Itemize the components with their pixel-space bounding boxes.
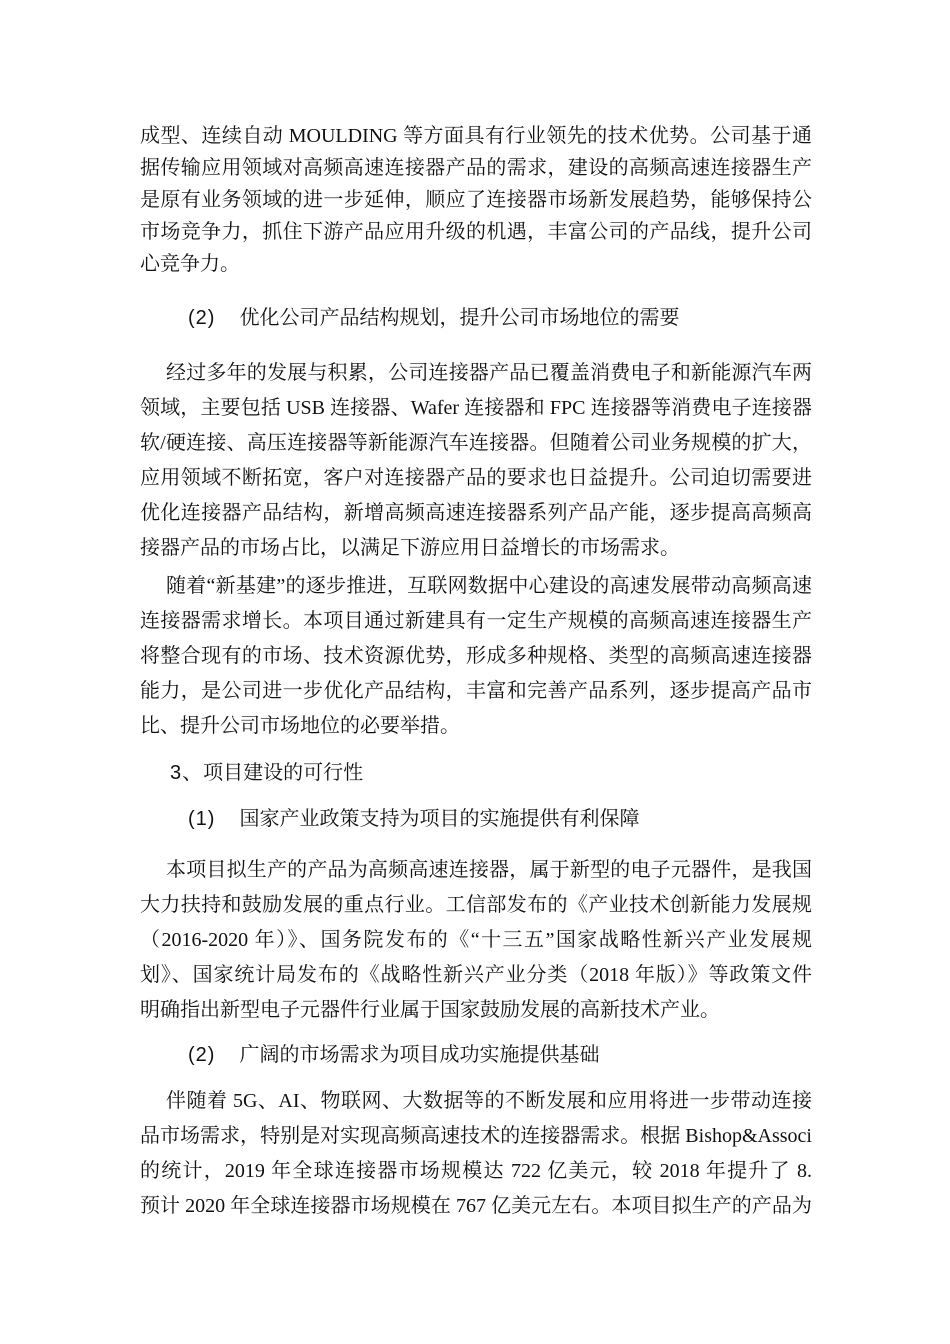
paragraph-line: 本项目拟生产的产品为高频高速连接器，属于新型的电子元器件，是我国 xyxy=(140,853,812,888)
paragraph: 经过多年的发展与积累，公司连接器产品已覆盖消费电子和新能源汽车两大 领域，主要包… xyxy=(140,356,812,566)
paragraph-line: 将整合现有的市场、技术资源优势，形成多种规格、类型的高频高速连接器生产 xyxy=(140,639,812,674)
paragraph-line: 随着“新基建”的逐步推进，互联网数据中心建设的高速发展带动高频高速 xyxy=(140,569,812,604)
paragraph-line: 伴随着 5G、AI、物联网、大数据等的不断发展和应用将进一步带动连接器产 xyxy=(140,1084,812,1119)
paragraph-line: 是原有业务领域的进一步延伸，顺应了连接器市场新发展趋势，能够保持公司的 xyxy=(140,184,812,216)
paragraph-line: 心竞争力。 xyxy=(140,248,812,280)
paragraph-line: 的统计，2019 年全球连接器市场规模达 722 亿美元，较 2018 年提升了… xyxy=(140,1154,812,1189)
heading-text: 优化公司产品结构规划，提升公司市场地位的需要 xyxy=(239,307,679,329)
paragraph: 本项目拟生产的产品为高频高速连接器，属于新型的电子元器件，是我国 大力扶持和鼓励… xyxy=(140,853,812,1028)
paragraph-line: 成型、连续自动 MOULDING 等方面具有行业领先的技术优势。公司基于通信及数 xyxy=(140,120,812,152)
heading-number: (1) xyxy=(188,808,215,830)
section-heading: (2)广阔的市场需求为项目成功实施提供基础 xyxy=(140,1043,860,1067)
paragraph-line: 市场竞争力，抓住下游产品应用升级的机遇，丰富公司的产品线，提升公司的核 xyxy=(140,216,812,248)
heading-number: (2) xyxy=(188,307,215,329)
paragraph-line: （2016-2020 年）》、国务院发布的《“十三五”国家战略性新兴产业发展规 xyxy=(140,923,812,958)
paragraph-line: 划》、国家统计局发布的《战略性新兴产业分类（2018 年版）》等政策文件中， xyxy=(140,958,812,993)
heading-text: 项目建设的可行性 xyxy=(203,762,363,784)
paragraph-line: 应用领域不断拓宽，客户对连接器产品的要求也日益提升。公司迫切需要进一步 xyxy=(140,461,812,496)
paragraph: 伴随着 5G、AI、物联网、大数据等的不断发展和应用将进一步带动连接器产 品市场… xyxy=(140,1084,812,1224)
paragraph-line: 大力扶持和鼓励发展的重点行业。工信部发布的《产业技术创新能力发展规划 xyxy=(140,888,812,923)
section-heading: (1)国家产业政策支持为项目的实施提供有利保障 xyxy=(140,807,860,831)
paragraph-line: 明确指出新型电子元器件行业属于国家鼓励发展的高新技术产业。 xyxy=(140,993,812,1028)
section-heading: 3、项目建设的可行性 xyxy=(140,761,842,785)
paragraph-line: 接器产品的市场占比，以满足下游应用日益增长的市场需求。 xyxy=(140,531,812,566)
paragraph-line: 据传输应用领域对高频高速连接器产品的需求，建设的高频高速连接器生产线， xyxy=(140,152,812,184)
paragraph-line: 品市场需求，特别是对实现高频高速技术的连接器需求。根据 Bishop&Assoc… xyxy=(140,1119,812,1154)
paragraph-line: 领域，主要包括 USB 连接器、Wafer 连接器和 FPC 连接器等消费电子连… xyxy=(140,391,812,426)
heading-text: 国家产业政策支持为项目的实施提供有利保障 xyxy=(239,808,639,830)
heading-number: 3、 xyxy=(170,762,203,784)
paragraph-line: 连接器需求增长。本项目通过新建具有一定生产规模的高频高速连接器生产厂房， xyxy=(140,604,812,639)
section-heading: (2)优化公司产品结构规划，提升公司市场地位的需要 xyxy=(140,306,860,330)
paragraph-line: 预计 2020 年全球连接器市场规模在 767 亿美元左右。本项目拟生产的产品为… xyxy=(140,1189,812,1224)
document-page: 成型、连续自动 MOULDING 等方面具有行业领先的技术优势。公司基于通信及数… xyxy=(0,0,950,1344)
paragraph-line: 优化连接器产品结构，新增高频高速连接器系列产品产能，逐步提高高频高速连 xyxy=(140,496,812,531)
paragraph: 随着“新基建”的逐步推进，互联网数据中心建设的高速发展带动高频高速 连接器需求增… xyxy=(140,569,812,744)
paragraph-line: 比、提升公司市场地位的必要举措。 xyxy=(140,709,812,744)
paragraph-line: 软/硬连接、高压连接器等新能源汽车连接器。但随着公司业务规模的扩大，产品 xyxy=(140,426,812,461)
heading-text: 广阔的市场需求为项目成功实施提供基础 xyxy=(239,1044,599,1066)
paragraph: 成型、连续自动 MOULDING 等方面具有行业领先的技术优势。公司基于通信及数… xyxy=(140,120,812,280)
paragraph-line: 能力，是公司进一步优化产品结构，丰富和完善产品系列，逐步提高产品市场占 xyxy=(140,674,812,709)
heading-number: (2) xyxy=(188,1044,215,1066)
paragraph-line: 经过多年的发展与积累，公司连接器产品已覆盖消费电子和新能源汽车两大 xyxy=(140,356,812,391)
